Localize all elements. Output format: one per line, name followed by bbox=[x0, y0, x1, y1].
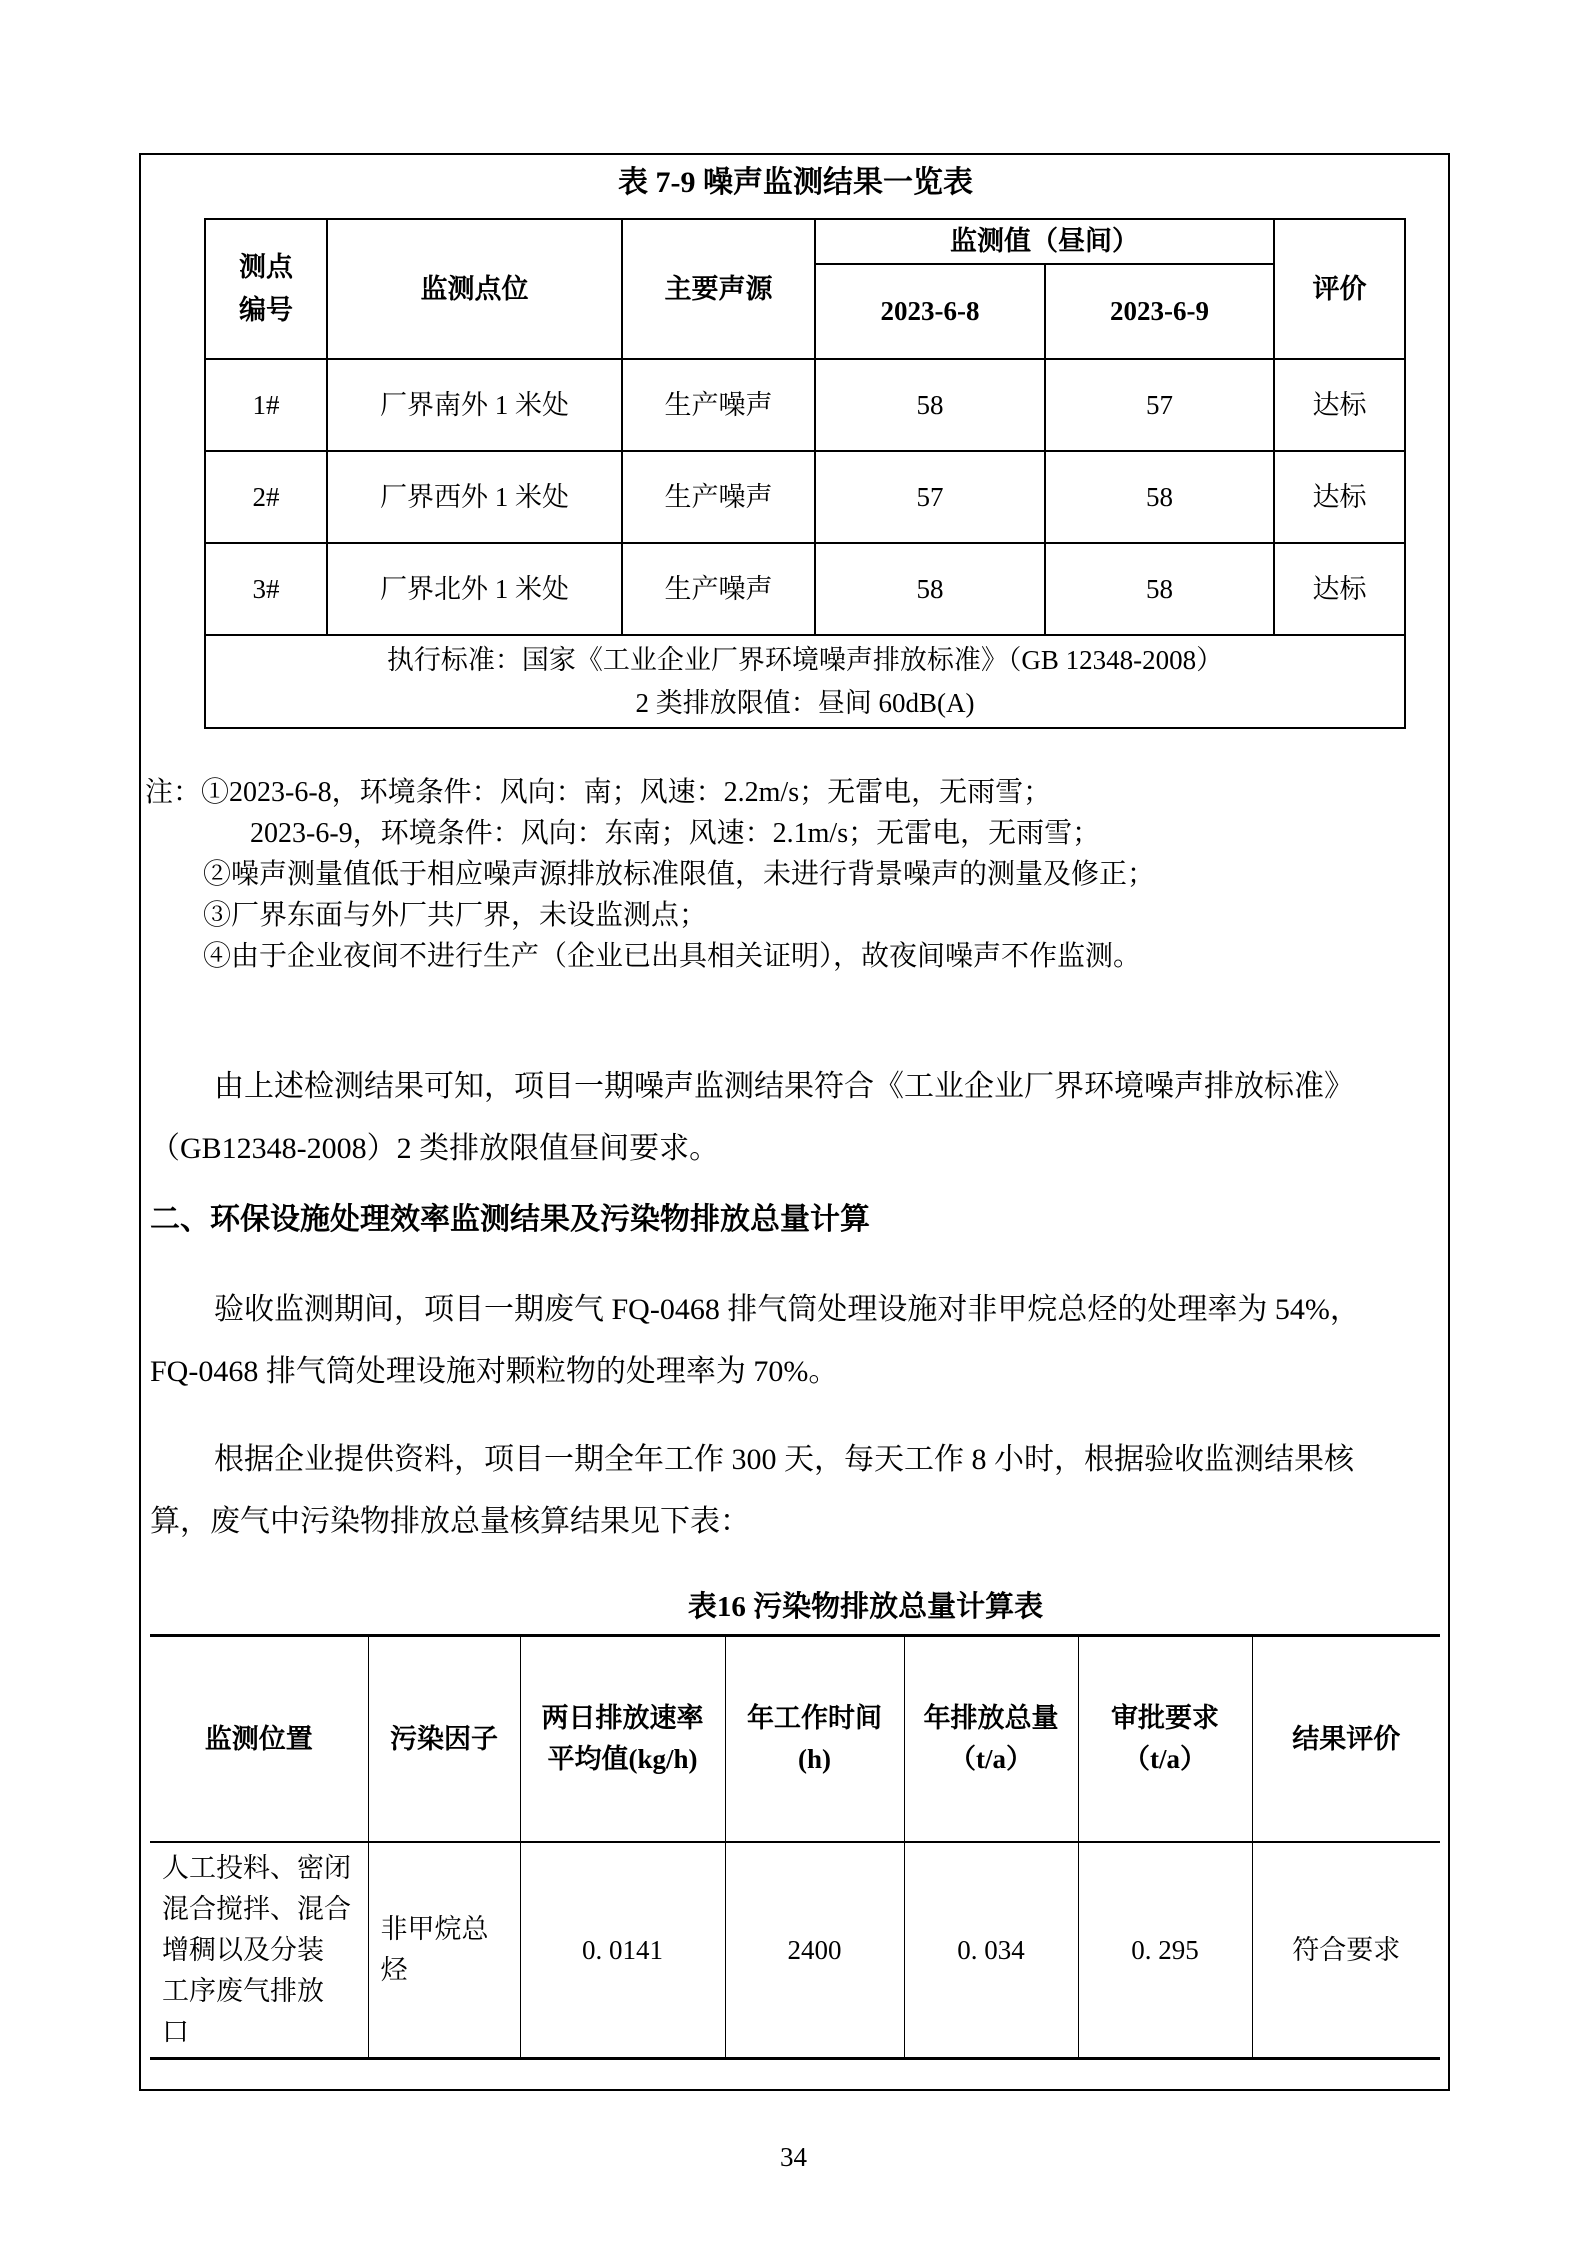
col-header-source: 主要声源 bbox=[622, 219, 815, 359]
table-row: 2# 厂界西外 1 米处 生产噪声 57 58 达标 bbox=[205, 451, 1405, 543]
table1-title: 表 7-9 噪声监测结果一览表 bbox=[139, 163, 1452, 203]
cell-evaluation: 达标 bbox=[1274, 359, 1405, 451]
cell-value-2: 57 bbox=[1045, 359, 1274, 451]
table1-standard-note: 执行标准：国家《工业企业厂界环境噪声排放标准》（GB 12348-2008） 2… bbox=[205, 635, 1405, 728]
cell-evaluation: 达标 bbox=[1274, 451, 1405, 543]
table-row: 1# 厂界南外 1 米处 生产噪声 58 57 达标 bbox=[205, 359, 1405, 451]
col-header-hours: 年工作时间 (h) bbox=[725, 1636, 904, 1843]
emission-total-table: 监测位置 污染因子 两日排放速率 平均值(kg/h) 年工作时间 (h) 年排放… bbox=[150, 1634, 1440, 2060]
cell-factor: 非甲烷总 烃 bbox=[368, 1842, 520, 2059]
col-header-rate: 两日排放速率 平均值(kg/h) bbox=[520, 1636, 725, 1843]
note-line: ④由于企业夜间不进行生产（企业已出具相关证明），故夜间噪声不作监测。 bbox=[145, 936, 1447, 977]
note-line: 注：①2023-6-8，环境条件：风向：南；风速：2.2m/s；无雷电，无雨雪； bbox=[145, 772, 1447, 813]
page-number: 34 bbox=[0, 2140, 1587, 2174]
cell-point-no: 3# bbox=[205, 543, 327, 635]
cell-point-no: 1# bbox=[205, 359, 327, 451]
cell-annual-total: 0. 034 bbox=[904, 1842, 1078, 2059]
col-header-approved: 审批要求 （t/a） bbox=[1078, 1636, 1252, 1843]
cell-hours: 2400 bbox=[725, 1842, 904, 2059]
col-header-value-daytime: 监测值（昼间） bbox=[815, 219, 1274, 264]
cell-result: 符合要求 bbox=[1252, 1842, 1440, 2059]
col-header-result: 结果评价 bbox=[1252, 1636, 1440, 1843]
note-line: ②噪声测量值低于相应噪声源排放标准限值，未进行背景噪声的测量及修正； bbox=[145, 854, 1447, 895]
table-footer-row: 执行标准：国家《工业企业厂界环境噪声排放标准》（GB 12348-2008） 2… bbox=[205, 635, 1405, 728]
col-header-location: 监测点位 bbox=[327, 219, 622, 359]
col-header-point-no: 测点 编号 bbox=[205, 219, 327, 359]
treatment-efficiency-paragraph: 验收监测期间，项目一期废气 FQ-0468 排气筒处理设施对非甲烷总烃的处理率为… bbox=[150, 1279, 1447, 1403]
cell-value-1: 57 bbox=[815, 451, 1045, 543]
col-header-date2: 2023-6-9 bbox=[1045, 264, 1274, 359]
cell-evaluation: 达标 bbox=[1274, 543, 1405, 635]
table2-title: 表16 污染物排放总量计算表 bbox=[139, 1587, 1452, 1627]
cell-position: 人工投料、密闭 混合搅拌、混合 增稠以及分装 工序废气排放 口 bbox=[150, 1842, 368, 2059]
note-line: 2023-6-9，环境条件：风向：东南；风速：2.1m/s；无雷电，无雨雪； bbox=[145, 813, 1447, 854]
table-header-row: 监测位置 污染因子 两日排放速率 平均值(kg/h) 年工作时间 (h) 年排放… bbox=[150, 1636, 1440, 1843]
cell-location: 厂界西外 1 米处 bbox=[327, 451, 622, 543]
col-header-evaluation: 评价 bbox=[1274, 219, 1405, 359]
cell-value-2: 58 bbox=[1045, 451, 1274, 543]
col-header-date1: 2023-6-8 bbox=[815, 264, 1045, 359]
col-header-position: 监测位置 bbox=[150, 1636, 368, 1843]
cell-rate: 0. 0141 bbox=[520, 1842, 725, 2059]
cell-value-1: 58 bbox=[815, 543, 1045, 635]
document-page: 表 7-9 噪声监测结果一览表 测点 编号 监测点位 主要声源 监测值（昼间） … bbox=[0, 0, 1587, 2245]
calculation-basis-paragraph: 根据企业提供资料，项目一期全年工作 300 天，每天工作 8 小时，根据验收监测… bbox=[150, 1429, 1447, 1553]
notes-block: 注：①2023-6-8，环境条件：风向：南；风速：2.2m/s；无雷电，无雨雪；… bbox=[145, 772, 1447, 977]
note-line: ③厂界东面与外厂共厂界，未设监测点； bbox=[145, 895, 1447, 936]
cell-value-2: 58 bbox=[1045, 543, 1274, 635]
conclusion-paragraph: 由上述检测结果可知，项目一期噪声监测结果符合《工业企业厂界环境噪声排放标准》 （… bbox=[150, 1056, 1447, 1180]
cell-approved: 0. 295 bbox=[1078, 1842, 1252, 2059]
noise-monitoring-table: 测点 编号 监测点位 主要声源 监测值（昼间） 评价 2023-6-8 2023… bbox=[204, 218, 1406, 729]
cell-source: 生产噪声 bbox=[622, 359, 815, 451]
cell-location: 厂界北外 1 米处 bbox=[327, 543, 622, 635]
table-row: 人工投料、密闭 混合搅拌、混合 增稠以及分装 工序废气排放 口 非甲烷总 烃 0… bbox=[150, 1842, 1440, 2059]
table-row: 3# 厂界北外 1 米处 生产噪声 58 58 达标 bbox=[205, 543, 1405, 635]
cell-value-1: 58 bbox=[815, 359, 1045, 451]
cell-location: 厂界南外 1 米处 bbox=[327, 359, 622, 451]
col-header-factor: 污染因子 bbox=[368, 1636, 520, 1843]
cell-source: 生产噪声 bbox=[622, 543, 815, 635]
cell-point-no: 2# bbox=[205, 451, 327, 543]
table-header-row: 测点 编号 监测点位 主要声源 监测值（昼间） 评价 bbox=[205, 219, 1405, 264]
col-header-annual-total: 年排放总量 （t/a） bbox=[904, 1636, 1078, 1843]
cell-source: 生产噪声 bbox=[622, 451, 815, 543]
section-heading: 二、环保设施处理效率监测结果及污染物排放总量计算 bbox=[150, 1200, 1447, 1240]
